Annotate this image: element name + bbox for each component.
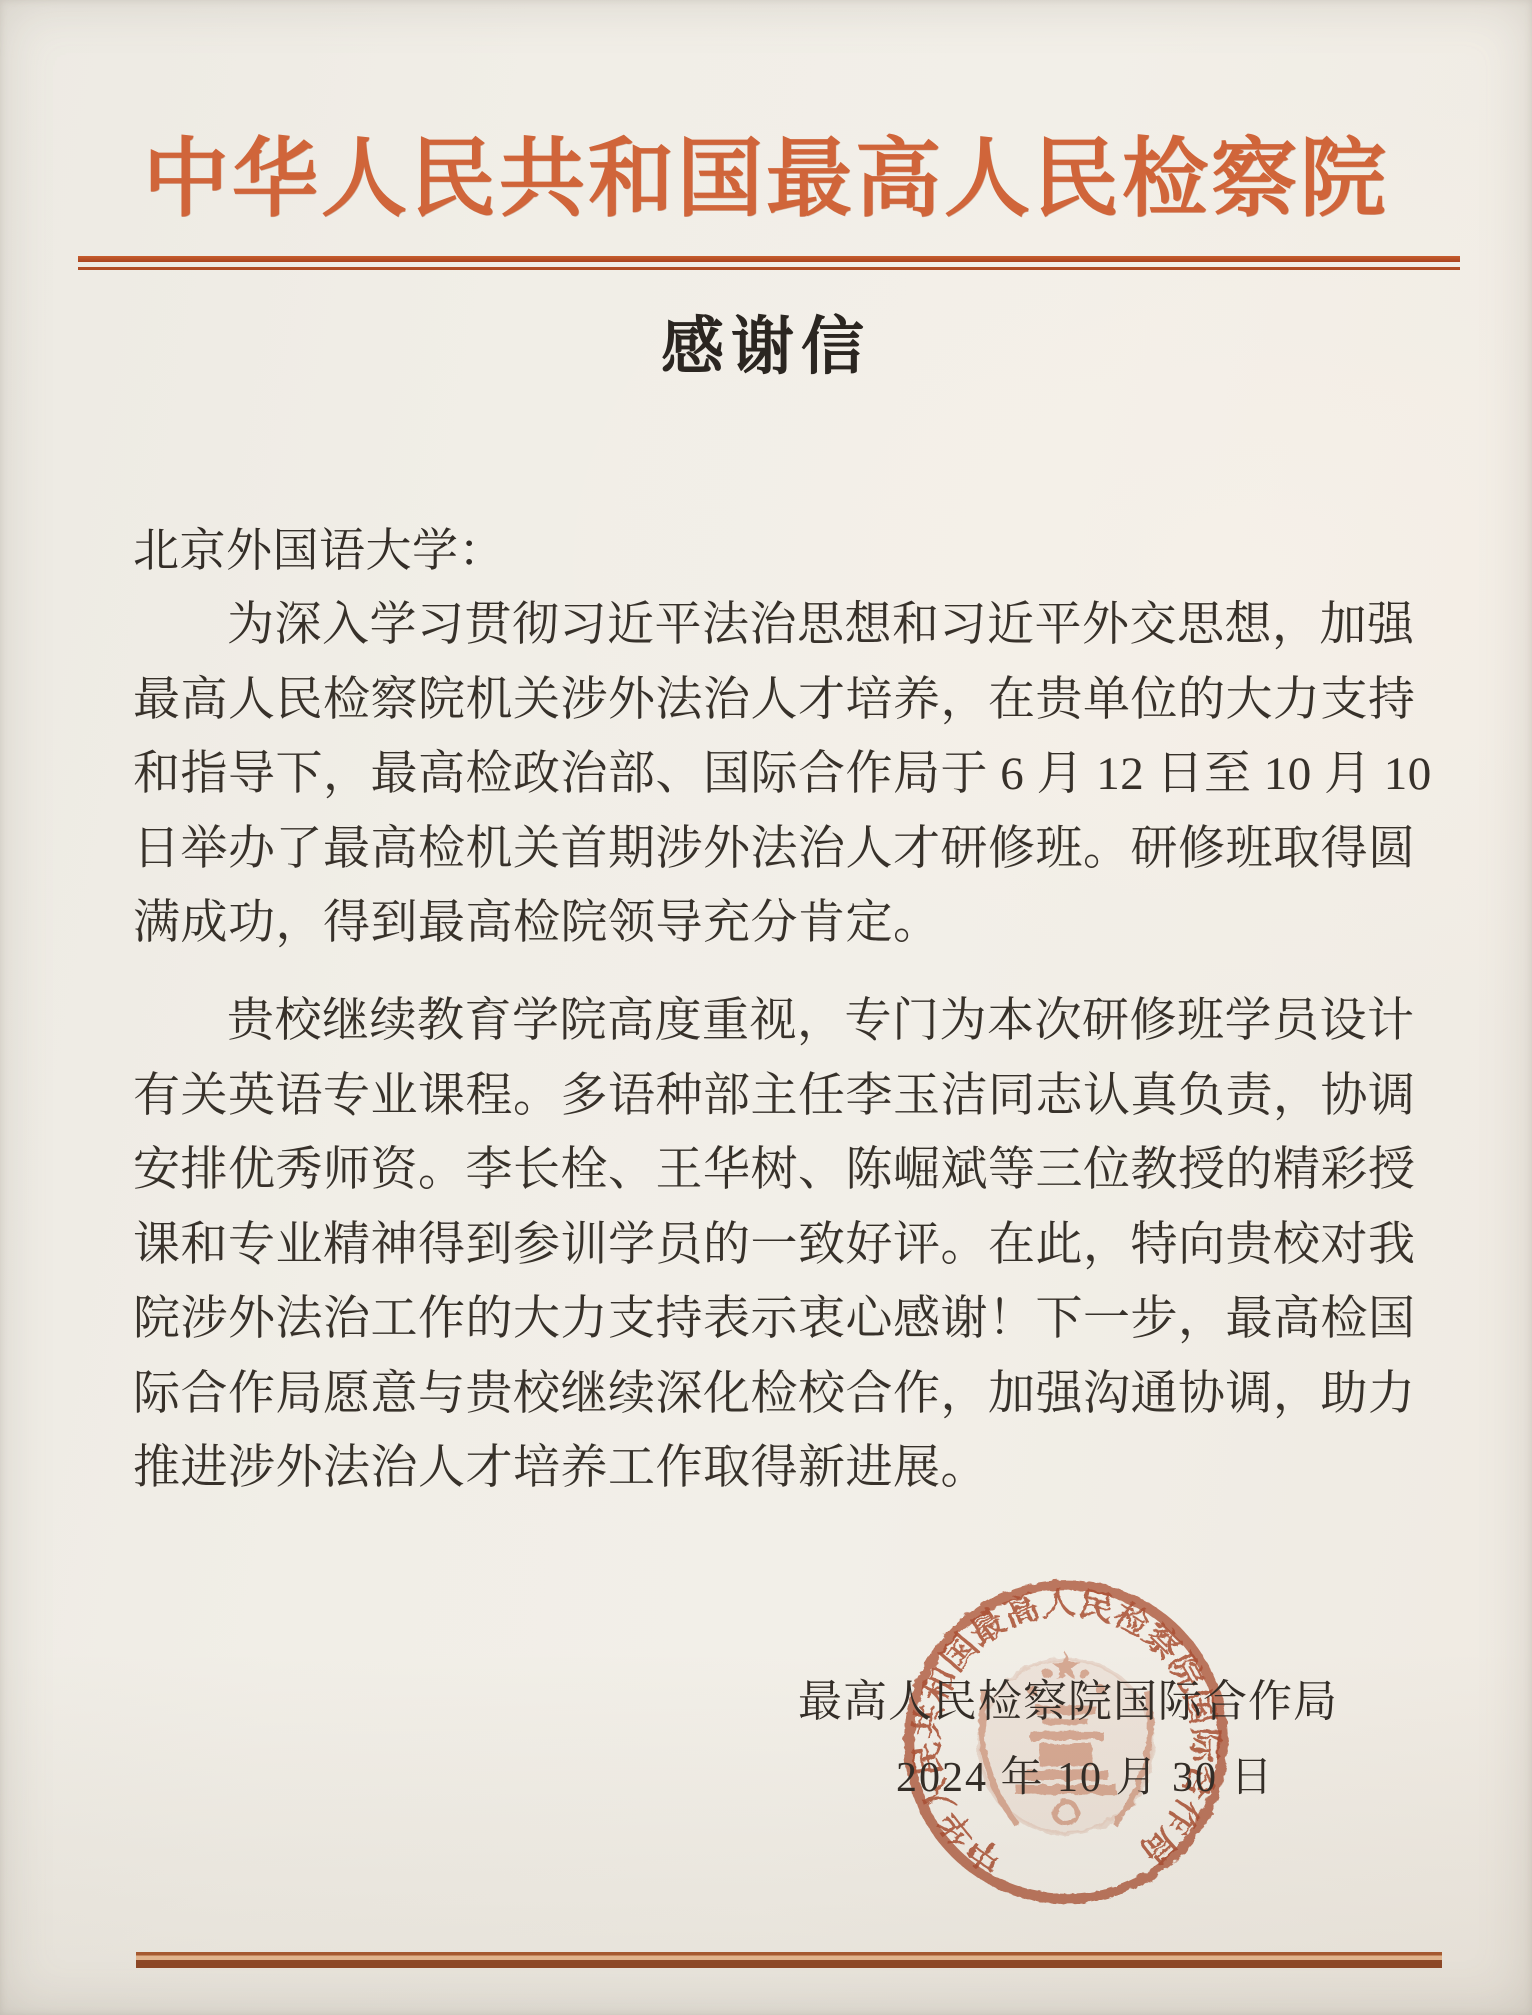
letterhead-rule-thin [78, 267, 1460, 270]
body-line: 和指导下，最高检政治部、国际合作局于 6 月 12 日至 10 月 10 [133, 737, 1425, 812]
signature-date: 2024 年 10 月 30 日 [896, 1744, 1275, 1804]
salutation: 北京外国语大学： [133, 514, 505, 580]
body-line: 贵校继续教育学院高度重视，专门为本次研修班学员设计 [133, 984, 1425, 1059]
body-line: 课和专业精神得到参训学员的一致好评。在此，特向贵校对我 [133, 1208, 1425, 1283]
body-line: 最高人民检察院机关涉外法治人才培养，在贵单位的大力支持 [133, 663, 1425, 738]
body-line: 日举办了最高检机关首期涉外法治人才研修班。研修班取得圆 [133, 812, 1425, 887]
body-line: 推进涉外法治人才培养工作取得新进展。 [133, 1431, 1425, 1506]
paragraph-1: 为深入学习贯彻习近平法治思想和习近平外交思想，加强 最高人民检察院机关涉外法治人… [133, 588, 1425, 961]
paragraph-2: 贵校继续教育学院高度重视，专门为本次研修班学员设计 有关英语专业课程。多语种部主… [133, 984, 1425, 1506]
signature-organization: 最高人民检察院国际合作局 [798, 1665, 1338, 1729]
body-line: 际合作局愿意与贵校继续深化检校合作，加强沟通协调，助力 [133, 1357, 1425, 1432]
body-line: 院涉外法治工作的大力支持表示衷心感谢！下一步，最高检国 [133, 1282, 1425, 1357]
letter-page: 中华人民共和国最高人民检察院 感谢信 北京外国语大学： 为深入学习贯彻习近平法治… [0, 0, 1532, 2015]
body-line: 有关英语专业课程。多语种部主任李玉洁同志认真负责，协调 [133, 1059, 1425, 1134]
letterhead-rule-thick [78, 256, 1460, 262]
body-line: 满成功，得到最高检院领导充分肯定。 [133, 886, 1425, 961]
bottom-rule [136, 1952, 1442, 1968]
letter-title: 感谢信 [0, 296, 1532, 387]
body-line: 为深入学习贯彻习近平法治思想和习近平外交思想，加强 [133, 588, 1425, 663]
letterhead-title: 中华人民共和国最高人民检察院 [0, 128, 1532, 231]
body-line: 安排优秀师资。李长栓、王华树、陈崛斌等三位教授的精彩授 [133, 1133, 1425, 1208]
letterhead-double-rule [78, 256, 1460, 270]
official-seal: 中华人民共和国最高人民检察院国际合作局 [896, 1572, 1236, 1912]
